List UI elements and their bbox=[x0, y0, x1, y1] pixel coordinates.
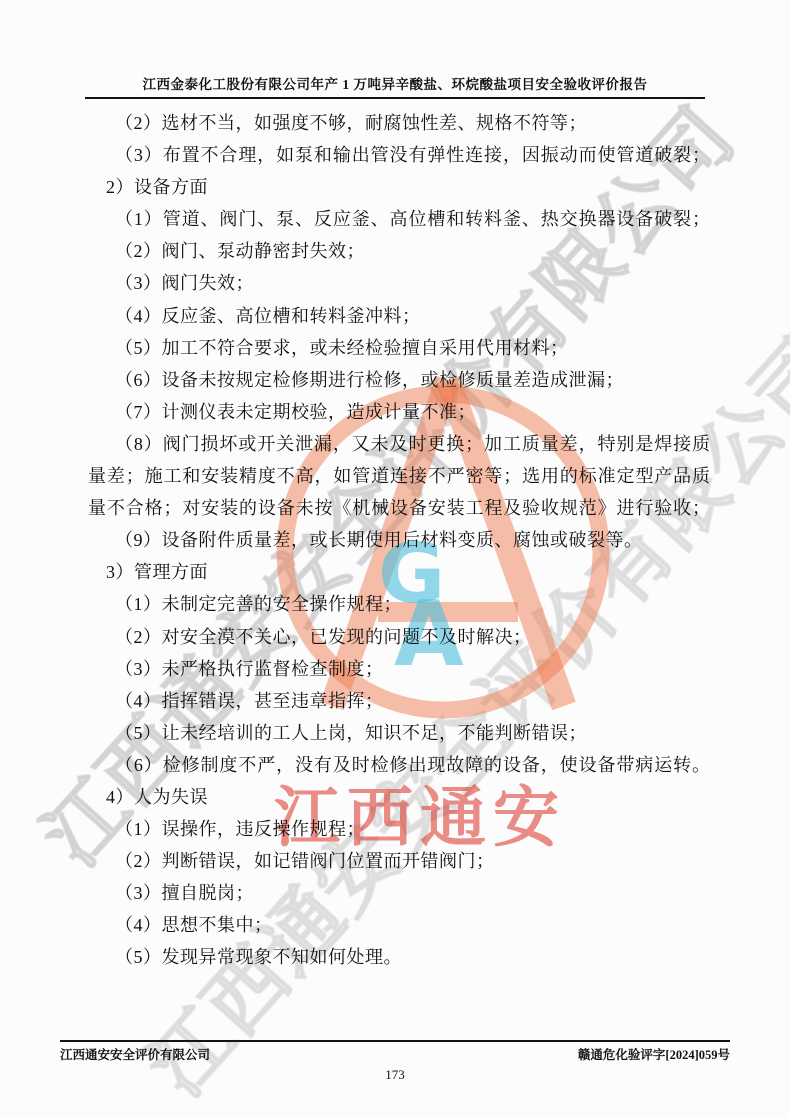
body-line: （3）布置不合理，如泵和输出管没有弹性连接，因振动而使管道破裂； bbox=[88, 139, 710, 171]
body-line: 4）人为失误 bbox=[88, 781, 710, 813]
document-page: 江西通安安全评价有限公司 江西通安安全评价有限公司 G A 江西通安 江西金泰化… bbox=[0, 0, 790, 1118]
body-line: （6）检修制度不严，没有及时检修出现故障的设备，使设备带病运转。 bbox=[88, 749, 710, 781]
header-rule bbox=[85, 97, 705, 99]
body-line: （8）阀门损坏或开关泄漏，又未及时更换；加工质量差，特别是焊接质 bbox=[88, 428, 710, 460]
body-line: （1）未制定完善的安全操作规程； bbox=[88, 588, 710, 620]
body-line: （4）思想不集中； bbox=[88, 909, 710, 941]
body-line: （1）误操作，违反操作规程； bbox=[88, 813, 710, 845]
body-line: （6）设备未按规定检修期进行检修，或检修质量差造成泄漏； bbox=[88, 364, 710, 396]
body-line: （2）选材不当，如强度不够，耐腐蚀性差、规格不符等； bbox=[88, 107, 710, 139]
body-line: （5）发现异常现象不知如何处理。 bbox=[88, 941, 710, 973]
body-line: 量不合格；对安装的设备未按《机械设备安装工程及验收规范》进行验收； bbox=[88, 492, 710, 524]
footer-doc-number: 赣通危化验评字[2024]059号 bbox=[578, 1045, 730, 1063]
body-line: （1）管道、阀门、泵、反应釜、高位槽和转料釜、热交换器设备破裂； bbox=[88, 203, 710, 235]
body-line: 量差；施工和安装精度不高，如管道连接不严密等；选用的标准定型产品质 bbox=[88, 460, 710, 492]
body-text: （2）选材不当，如强度不够，耐腐蚀性差、规格不符等；（3）布置不合理，如泵和输出… bbox=[88, 107, 710, 974]
body-line: （5）让未经培训的工人上岗，知识不足，不能判断错误； bbox=[88, 717, 710, 749]
body-line: （5）加工不符合要求，或未经检验擅自采用代用材料； bbox=[88, 332, 710, 364]
body-line: （3）擅自脱岗； bbox=[88, 877, 710, 909]
footer-company: 江西通安安全评价有限公司 bbox=[60, 1045, 210, 1063]
body-line: （3）未严格执行监督检查制度； bbox=[88, 653, 710, 685]
body-line: （4）反应釜、高位槽和转料釜冲料； bbox=[88, 300, 710, 332]
body-line: （2）判断错误，如记错阀门位置而开错阀门； bbox=[88, 845, 710, 877]
body-line: （4）指挥错误，甚至违章指挥； bbox=[88, 685, 710, 717]
page-header: 江西金泰化工股份有限公司年产 1 万吨异辛酸盐、环烷酸盐项目安全验收评价报告 bbox=[85, 0, 705, 99]
body-line: （2）对安全漠不关心，已发现的问题不及时解决； bbox=[88, 621, 710, 653]
page-number: 173 bbox=[60, 1063, 730, 1083]
body-line: 3）管理方面 bbox=[88, 556, 710, 588]
body-line: （2）阀门、泵动静密封失效； bbox=[88, 235, 710, 267]
body-line: （9）设备附件质量差，或长期使用后材料变质、腐蚀或破裂等。 bbox=[88, 524, 710, 556]
page-footer: 江西通安安全评价有限公司 赣通危化验评字[2024]059号 173 bbox=[60, 1040, 730, 1083]
header-title: 江西金泰化工股份有限公司年产 1 万吨异辛酸盐、环烷酸盐项目安全验收评价报告 bbox=[85, 0, 705, 93]
body-line: （3）阀门失效； bbox=[88, 267, 710, 299]
body-line: （7）计测仪表未定期校验，造成计量不准； bbox=[88, 396, 710, 428]
body-line: 2）设备方面 bbox=[88, 171, 710, 203]
